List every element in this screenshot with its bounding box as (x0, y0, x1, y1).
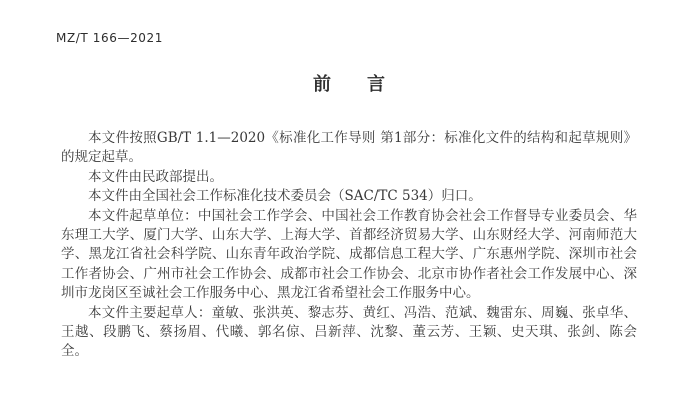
document-page: MZ/T 166—2021 前 言 本文件按照GB/T 1.1—2020《标准化… (0, 0, 698, 393)
foreword-body: 本文件按照GB/T 1.1—2020《标准化工作导则 第1部分：标准化文件的结构… (61, 129, 637, 362)
foreword-paragraph-drafting-rules: 本文件按照GB/T 1.1—2020《标准化工作导则 第1部分：标准化文件的结构… (61, 129, 637, 168)
standard-number-header: MZ/T 166—2021 (56, 31, 163, 45)
foreword-paragraph-committee: 本文件由全国社会工作标准化技术委员会（SAC/TC 534）归口。 (61, 187, 637, 206)
foreword-paragraph-proposed-by: 本文件由民政部提出。 (61, 168, 637, 187)
foreword-paragraph-main-drafters: 本文件主要起草人：童敏、张洪英、黎志芬、黄红、冯浩、范斌、魏雷东、周巍、张卓华、… (61, 304, 637, 362)
foreword-paragraph-drafting-organizations: 本文件起草单位：中国社会工作学会、中国社会工作教育协会社会工作督导专业委员会、华… (61, 207, 637, 304)
foreword-title: 前 言 (61, 70, 637, 96)
